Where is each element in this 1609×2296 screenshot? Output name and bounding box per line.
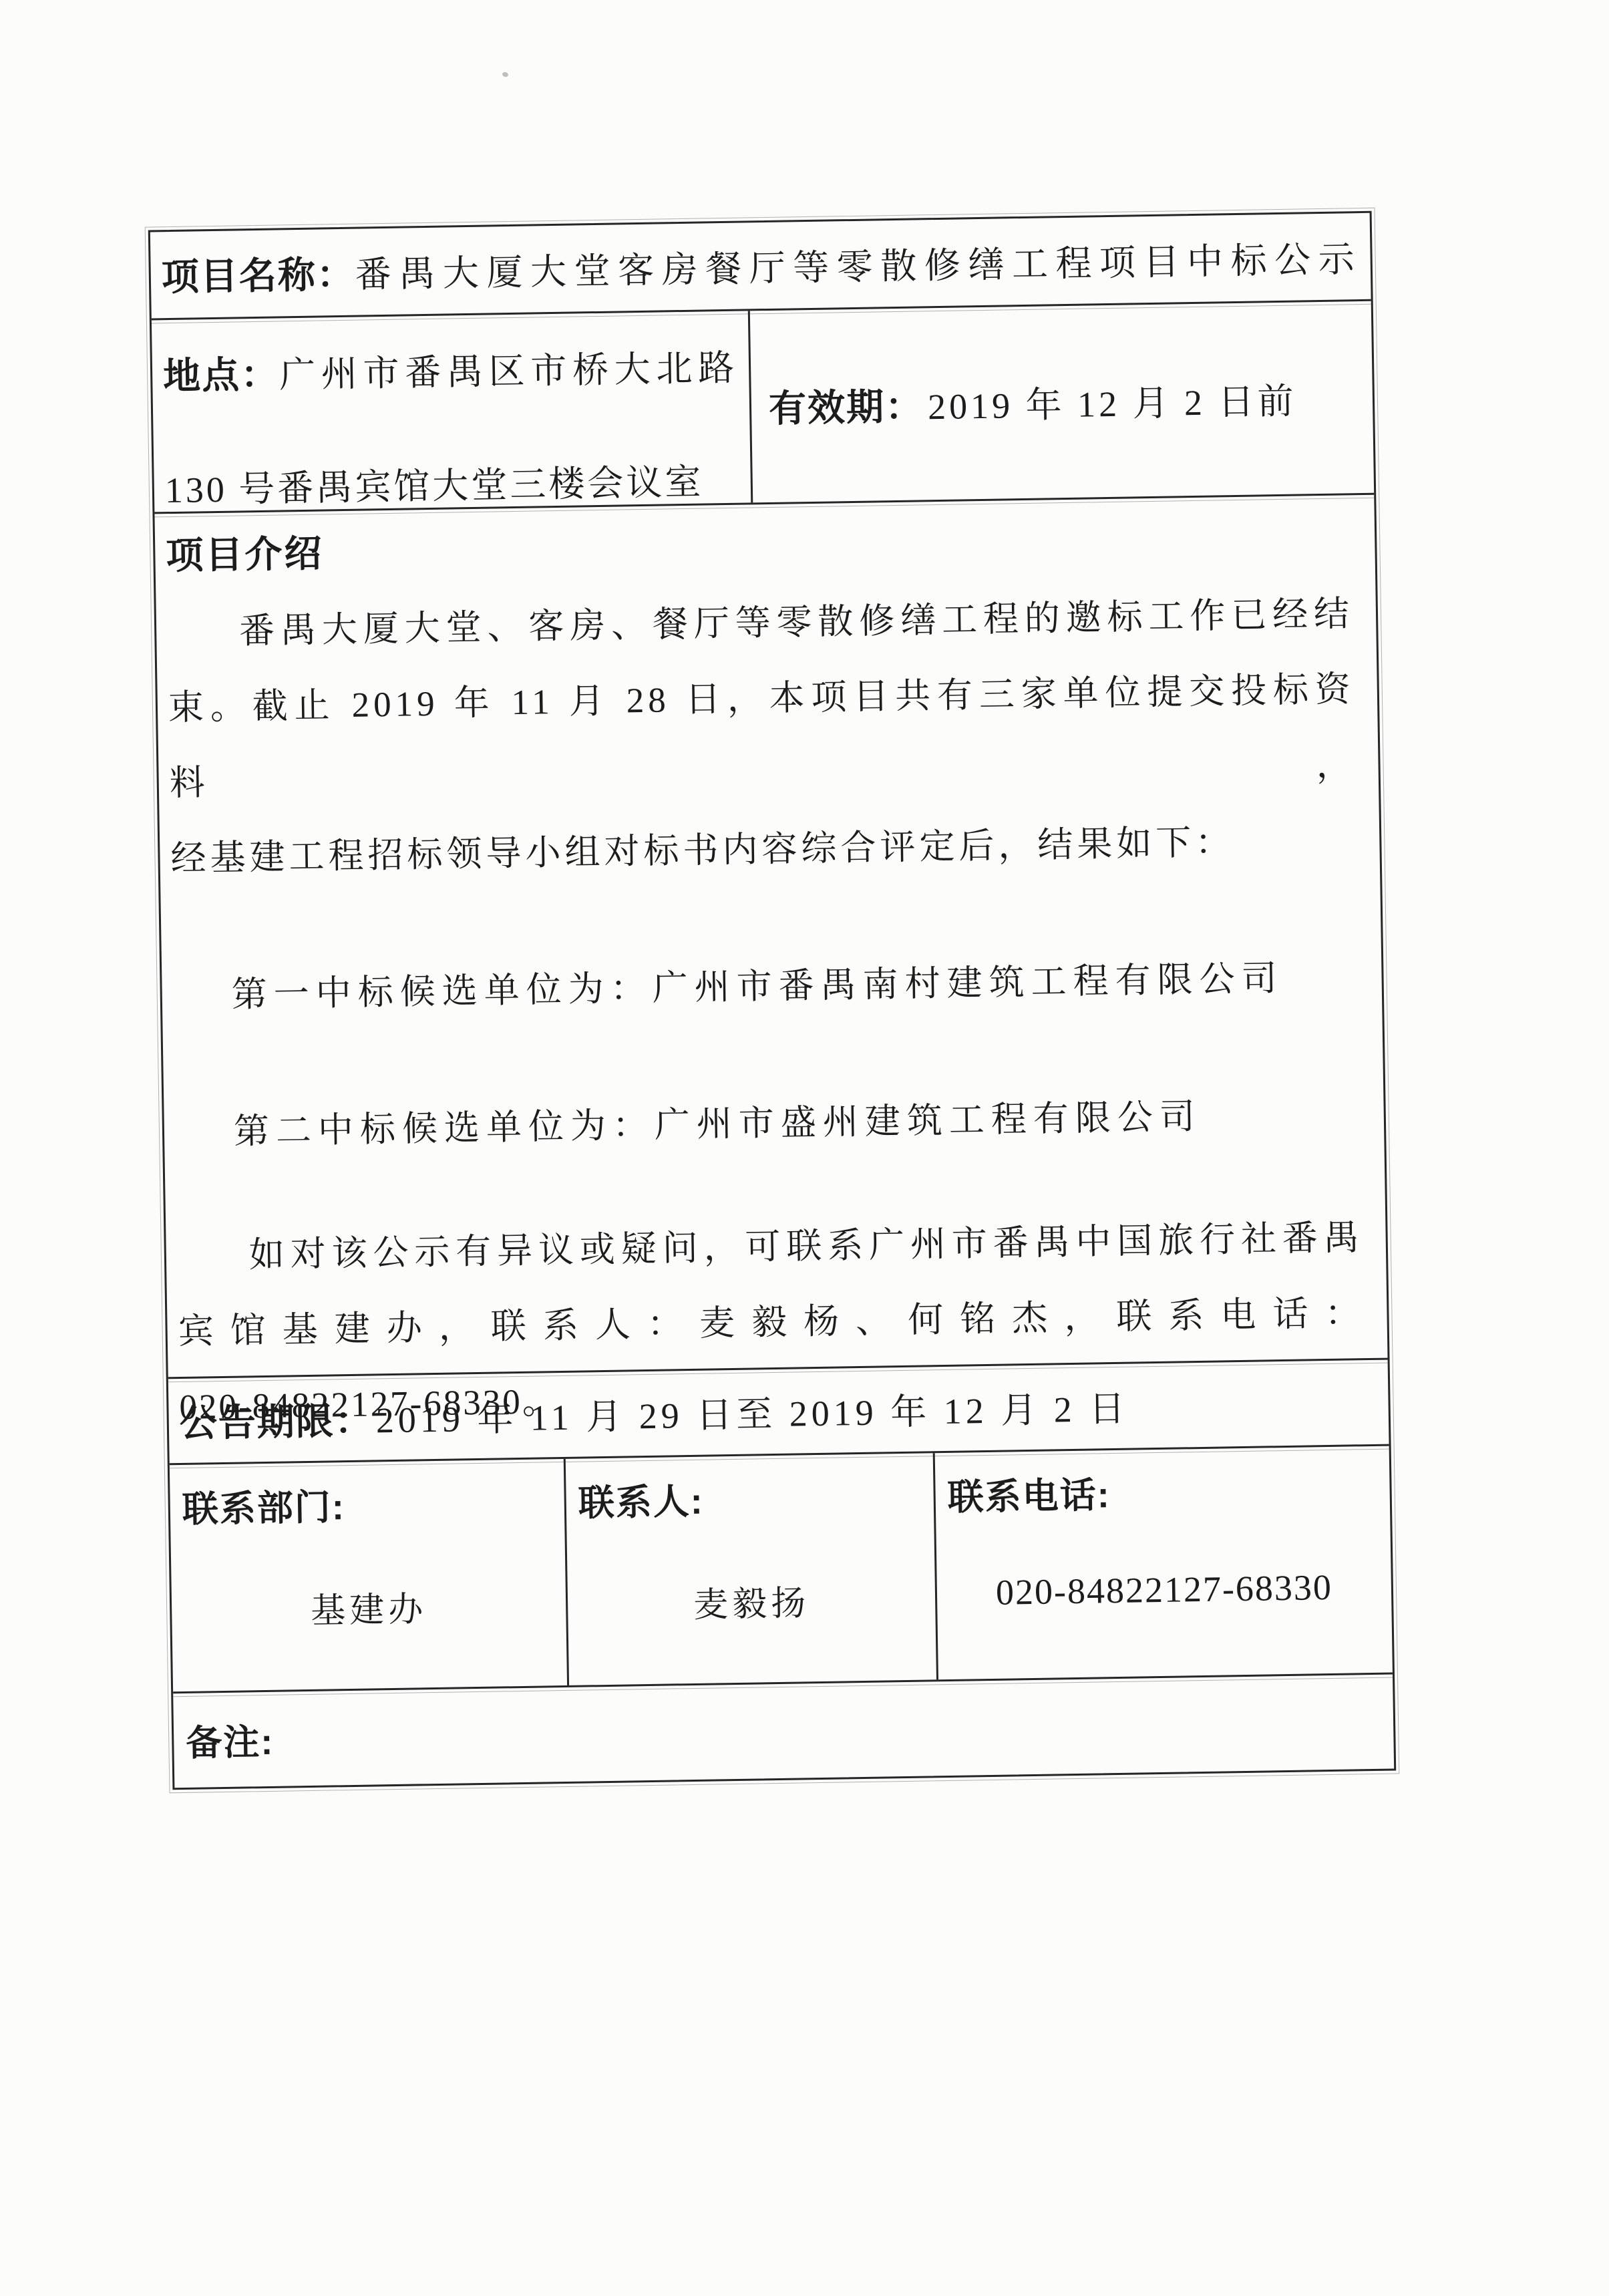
- location-value-line1: 广州市番禺区市桥大北路: [279, 329, 737, 414]
- validity-cell: 有效期： 2019 年 12 月 2 日前: [750, 301, 1374, 503]
- notice-period-label: 公告期限：: [179, 1391, 373, 1448]
- contact-phone-label: 联系电话:: [947, 1462, 1390, 1520]
- contact-phone-cell: 联系电话: 020-84822127-68330: [933, 1446, 1393, 1679]
- intro-paragraph1-line2: 束。截止 2019 年 11 月 28 日，本项目共有三家单位提交投标资料，: [168, 652, 1356, 822]
- first-winner-line: 第一中标候选单位为：广州市番禺南村建筑工程有限公司: [172, 940, 1360, 1034]
- notice-period-value: 2019 年 11 月 29 日至 2019 年 12 月 2 日: [375, 1380, 1129, 1444]
- contact-person-cell: 联系人: 麦毅扬: [564, 1453, 936, 1685]
- scanned-document-page: { "colors": { "ink": "#1c1c1c", "paper":…: [0, 0, 1609, 2296]
- location-cell: 地点： 广州市番禺区市桥大北路 130 号番禺宾馆大堂三楼会议室: [152, 311, 753, 512]
- project-name-value: 番禺大厦大堂客房餐厅等零散修缮工程项目中标公示: [355, 230, 1360, 298]
- remark-row: 备注:: [173, 1673, 1394, 1788]
- contact-person-label: 联系人:: [578, 1469, 934, 1526]
- project-intro-label: 项目介绍: [166, 514, 1353, 579]
- scan-speck: [502, 71, 509, 77]
- validity-label: 有效期：: [768, 377, 924, 434]
- validity-value: 2019 年 12 月 2 日前: [927, 373, 1297, 430]
- location-label: 地点：: [162, 335, 280, 415]
- project-name-label: 项目名称：: [161, 245, 355, 302]
- contact-dept-label: 联系部门:: [182, 1475, 564, 1532]
- second-winner-line: 第二中标候选单位为：广州市盛州建筑工程有限公司: [174, 1077, 1362, 1171]
- location-validity-row: 地点： 广州市番禺区市桥大北路 130 号番禺宾馆大堂三楼会议室 有效期： 20…: [152, 299, 1374, 512]
- contact-phone-value: 020-84822127-68330: [948, 1565, 1391, 1613]
- announcement-table: 项目名称： 番禺大厦大堂客房餐厅等零散修缮工程项目中标公示 地点： 广州市番禺区…: [148, 211, 1396, 1790]
- location-line-1: 地点： 广州市番禺区市桥大北路: [162, 329, 737, 416]
- contacts-row: 联系部门: 基建办 联系人: 麦毅扬 联系电话: 020-84822127-68…: [170, 1444, 1393, 1691]
- contact-person-value: 麦毅扬: [580, 1573, 936, 1628]
- project-intro-row: 项目介绍 番禺大厦大堂、客房、餐厅等零散修缮工程的邀标工作已经结 束。截止 20…: [154, 493, 1387, 1377]
- contact-dept-value: 基建办: [184, 1579, 566, 1635]
- remark-label: 备注:: [186, 1713, 275, 1766]
- contact-dept-cell: 联系部门: 基建办: [170, 1459, 567, 1691]
